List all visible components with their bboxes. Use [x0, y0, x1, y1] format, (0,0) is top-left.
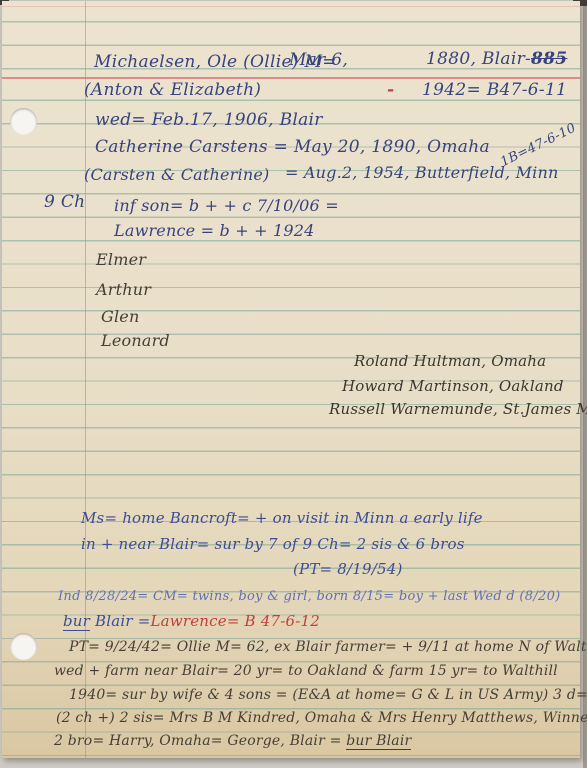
punch-hole-top — [10, 108, 37, 135]
brothers-text: 2 bro= Harry, Omaha= George, Blair = — [54, 733, 346, 749]
note-blue-line2: in + near Blair= sur by 7 of 9 Ch= 2 sis… — [81, 536, 465, 553]
contact-roland-hultman: Roland Hultman, Omaha — [354, 353, 546, 370]
blair-word: Blair = — [90, 612, 150, 630]
inf-son-line: inf son= b + + c 7/10/06 = — [114, 197, 339, 215]
note-pt-line4: (2 ch +) 2 sis= Mrs B M Kindred, Omaha &… — [56, 711, 587, 726]
note-blue-source: (PT= 8/19/54) — [293, 561, 403, 578]
child-glen: Glen — [101, 308, 139, 326]
bur-blair-underlined: bur Blair — [346, 733, 411, 750]
top-faint-rule — [2, 6, 580, 7]
note-ind-line2: bur Blair =Lawrence= B 47-6-12 — [63, 613, 320, 630]
red-dash-mark: - — [387, 81, 394, 100]
birth-date: Mar 6, — [289, 51, 348, 70]
birth-ref-struck: 885 — [531, 49, 567, 69]
birth-year-place: 1880, Blair-885 — [426, 50, 567, 69]
wedding-line: wed= Feb.17, 1906, Blair — [95, 111, 323, 130]
parents: (Anton & Elizabeth) — [84, 81, 261, 100]
contact-russell-warnemunde: Russell Warnemunde, St.James Minn — [329, 401, 587, 418]
contact-howard-martinson: Howard Martinson, Oakland — [342, 378, 564, 395]
spouse-parents: (Carsten & Catherine) — [84, 166, 269, 184]
note-pt-line2: wed + farm near Blair= 20 yr= to Oakland… — [54, 664, 558, 679]
header-red-rule — [2, 77, 580, 79]
child-lawrence: Lawrence = b + + 1924 — [114, 222, 315, 240]
child-arthur: Arthur — [96, 281, 151, 299]
spouse-line: Catherine Carstens = May 20, 1890, Omaha — [95, 138, 490, 157]
punch-hole-bottom — [10, 633, 37, 660]
scanned-note-page: Michaelsen, Ole (Ollie) M= Mar 6, 1880, … — [0, 0, 587, 768]
child-elmer: Elmer — [96, 251, 146, 269]
spouse-death: = Aug.2, 1954, Butterfield, Minn — [285, 164, 559, 182]
child-leonard: Leonard — [101, 332, 170, 350]
note-ind-line1: Ind 8/28/24= CM= twins, boy & girl, born… — [58, 590, 561, 604]
red-reference: Lawrence= B 47-6-12 — [150, 612, 320, 630]
note-blue-line1: Ms= home Bancroft= + on visit in Minn a … — [81, 510, 483, 527]
note-pt-line1: PT= 9/24/42= Ollie M= 62, ex Blair farme… — [69, 640, 587, 655]
lined-paper: Michaelsen, Ole (Ollie) M= Mar 6, 1880, … — [2, 1, 580, 758]
children-count: 9 Ch — [44, 193, 85, 212]
bur-word: bur — [63, 612, 90, 631]
note-pt-line3: 1940= sur by wife & 4 sons = (E&A at hom… — [69, 688, 587, 703]
note-pt-line5: 2 bro= Harry, Omaha= George, Blair = bur… — [54, 734, 411, 749]
death-ref: 1942= B47-6-11 — [422, 81, 567, 100]
birth-year-place-text: 1880, Blair- — [426, 49, 531, 69]
